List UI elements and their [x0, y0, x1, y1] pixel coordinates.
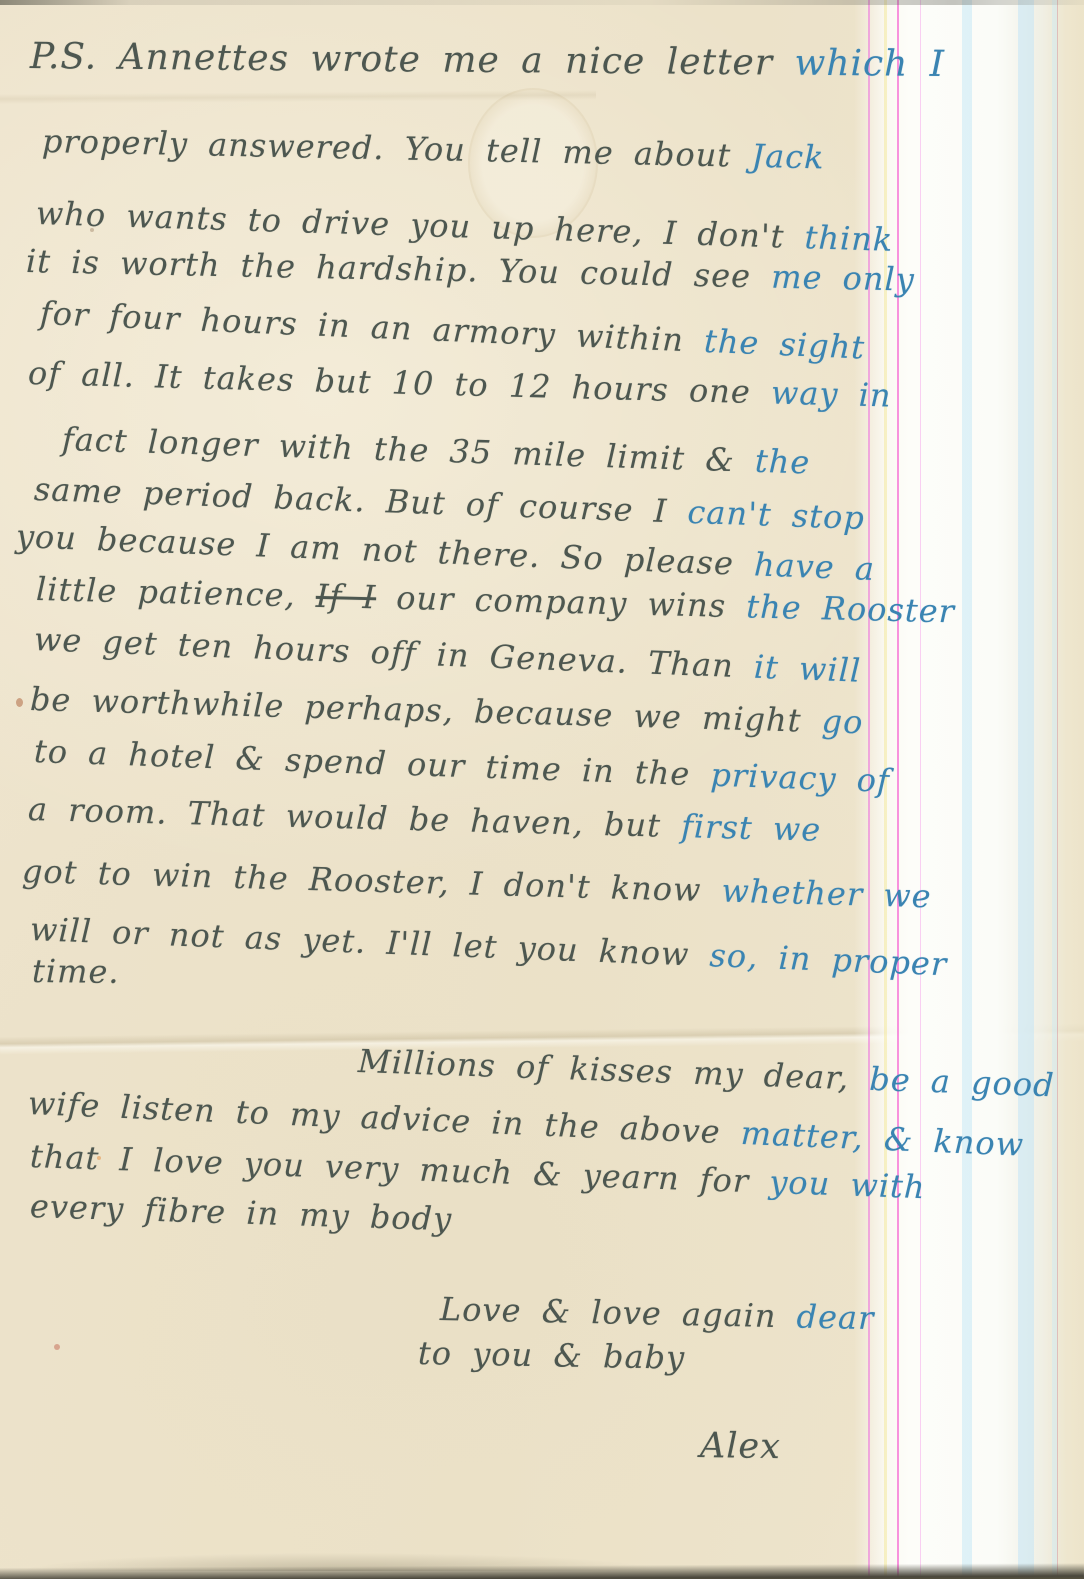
line-text-blue: me only	[771, 258, 915, 299]
line-text-blue: way in	[771, 373, 893, 414]
line-text: Alex	[700, 1426, 781, 1467]
line-text-blue: matter, & know	[740, 1114, 1025, 1164]
line-text-blue: the	[754, 442, 811, 482]
line-text-blue: whether we	[721, 872, 932, 916]
line-text-blue: have a	[753, 545, 875, 588]
letter-body: P.S. Annettes wrote me a nice letter whi…	[0, 0, 1084, 1579]
line-text: P.S. Annettes wrote me a nice letter	[30, 36, 795, 84]
line-text-blue: be a good	[869, 1060, 1056, 1104]
line-text: a room. That would be haven, but	[28, 790, 682, 845]
line-text-blue: you with	[769, 1163, 926, 1206]
line-text-blue: can't stop	[687, 493, 866, 537]
line-text-blue: Jack	[751, 137, 825, 177]
line-text-blue: which I	[794, 43, 945, 85]
struck-word: If I	[315, 577, 376, 616]
line-text: Love & love again	[440, 1290, 797, 1335]
line-text: of all. It takes but 10 to 12 hours one	[28, 354, 772, 411]
line-text-blue: privacy of	[710, 756, 891, 800]
line-text-blue: the Rooster	[746, 587, 956, 630]
line-text: every fibre in my body	[29, 1187, 452, 1238]
signature: Alex	[700, 1423, 1084, 1474]
line-text: to you & baby	[418, 1334, 686, 1377]
line-text-blue: dear	[796, 1297, 875, 1337]
letter-line-17: time.	[32, 948, 1084, 1005]
line-text: time.	[32, 952, 120, 991]
line-text-blue: think	[804, 218, 894, 259]
line-text: to a hotel & spend our time in the	[33, 732, 711, 794]
line-text: properly answered. You tell me about	[42, 122, 752, 175]
line-text-blue: go	[821, 702, 864, 741]
line-text: Millions of kisses my dear,	[357, 1042, 870, 1098]
line-text-blue: the sight	[703, 322, 866, 367]
line-text: for four hours in an armory within	[39, 294, 705, 360]
line-text-blue: it will	[753, 648, 862, 690]
line-text: we get ten hours off in Geneva. Than	[33, 620, 754, 686]
line-text: got to win the Rooster, I don't know	[21, 852, 722, 910]
letter-line-1: P.S. Annettes wrote me a nice letter whi…	[30, 34, 1084, 89]
line-text: little patience,	[36, 570, 317, 615]
letter-line-2: properly answered. You tell me about Jac…	[42, 118, 1084, 186]
paper-top-edge	[0, 0, 1084, 5]
line-text: our company wins	[376, 578, 747, 625]
line-text-blue: first we	[681, 807, 822, 849]
